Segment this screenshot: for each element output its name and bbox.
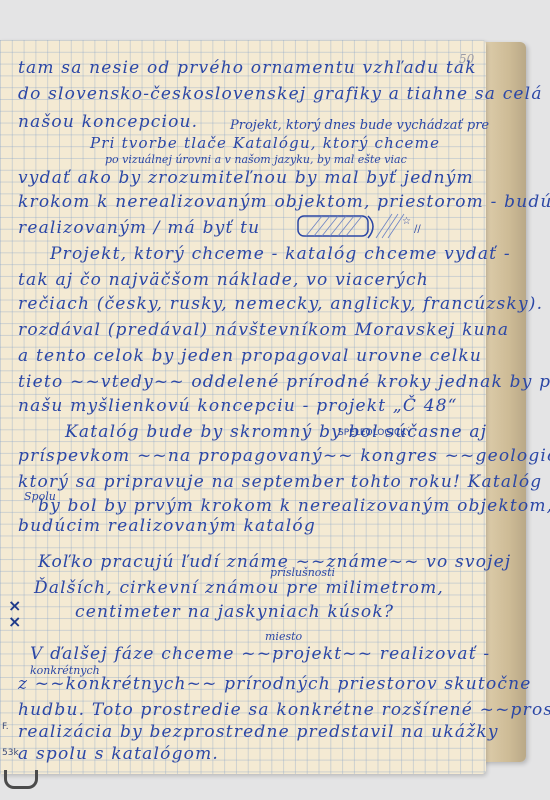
text-line: V ďalšej fáze chceme ~~projekt~~ realizo… [30, 644, 490, 664]
text-line: z ~~konkrétnych~~ prírodných priestorov … [18, 674, 532, 694]
text-line: Pri tvorbe tlače Katalógu, ktorý chceme [90, 134, 440, 152]
text-line: tak aj čo najväčšom náklade, vo viacerýc… [18, 270, 429, 290]
text-line: a spolu s katalógom. [18, 744, 219, 764]
text-line: hudbu. Toto prostredie sa konkrétne rozš… [18, 700, 550, 720]
sketch-drawing: ☆ // [292, 210, 427, 246]
insertion-text: SPELEOLOGICKÝ [338, 428, 411, 438]
text-line: tieto ~~vtedy~~ oddelené prírodné kroky … [18, 372, 550, 392]
text-line: príspevkom ~~na propagovaný~~ kongres ~~… [18, 446, 550, 466]
binding-clip [4, 770, 38, 789]
svg-text:☆: ☆ [402, 216, 411, 227]
insertion-text: miesto [265, 630, 302, 643]
margin-note: F. [2, 722, 9, 732]
text-line: rečiach (česky, rusky, nemecky, anglicky… [18, 294, 550, 314]
text-line: centimeter na jaskyniach kúsok? [75, 602, 394, 622]
text-line: rozdával (predával) návštevníkom Moravsk… [18, 320, 509, 340]
text-line: vydať ako by zrozumiteľnou by mal byť je… [18, 168, 474, 188]
text-line: krokom k nerealizovaným objektom, priest… [18, 192, 550, 212]
svg-text://: // [414, 224, 421, 235]
text-line: by bol by prvým krokom k nerealizovaným … [38, 496, 550, 516]
text-line: do slovensko-československej grafiky a t… [18, 84, 543, 104]
text-line: realizácia by bezprostredne predstavil n… [18, 722, 499, 742]
margin-x-mark: × [8, 612, 21, 631]
text-line: a tento celok by jeden propagoval urovne… [18, 346, 482, 366]
insertion-text: po vizuálnej úrovni a v našom jazyku, by… [105, 153, 407, 166]
text-line: našou koncepciou. [18, 112, 198, 132]
text-line: tam sa nesie od prvého ornamentu vzhľadu… [18, 58, 477, 78]
margin-note: 53k [2, 748, 19, 758]
text-line: ktorý sa pripravuje na september tohto r… [18, 472, 542, 492]
text-line: budúcim realizovaným katalóg [18, 516, 316, 536]
text-line: našu myšlienkovú koncepciu - projekt „Č … [18, 396, 458, 416]
text-line: Projekt, ktorý chceme - katalóg chceme v… [50, 244, 511, 264]
text-line: realizovaným / má byť tu [18, 218, 260, 238]
insertion-text: Projekt, ktorý dnes bude vychádzať pre [230, 118, 489, 133]
text-line: Katalóg bude by skromný by bol súčasne a… [65, 422, 487, 442]
text-line: Ďalších, cirkevní známou pre milimetrom, [34, 578, 444, 598]
